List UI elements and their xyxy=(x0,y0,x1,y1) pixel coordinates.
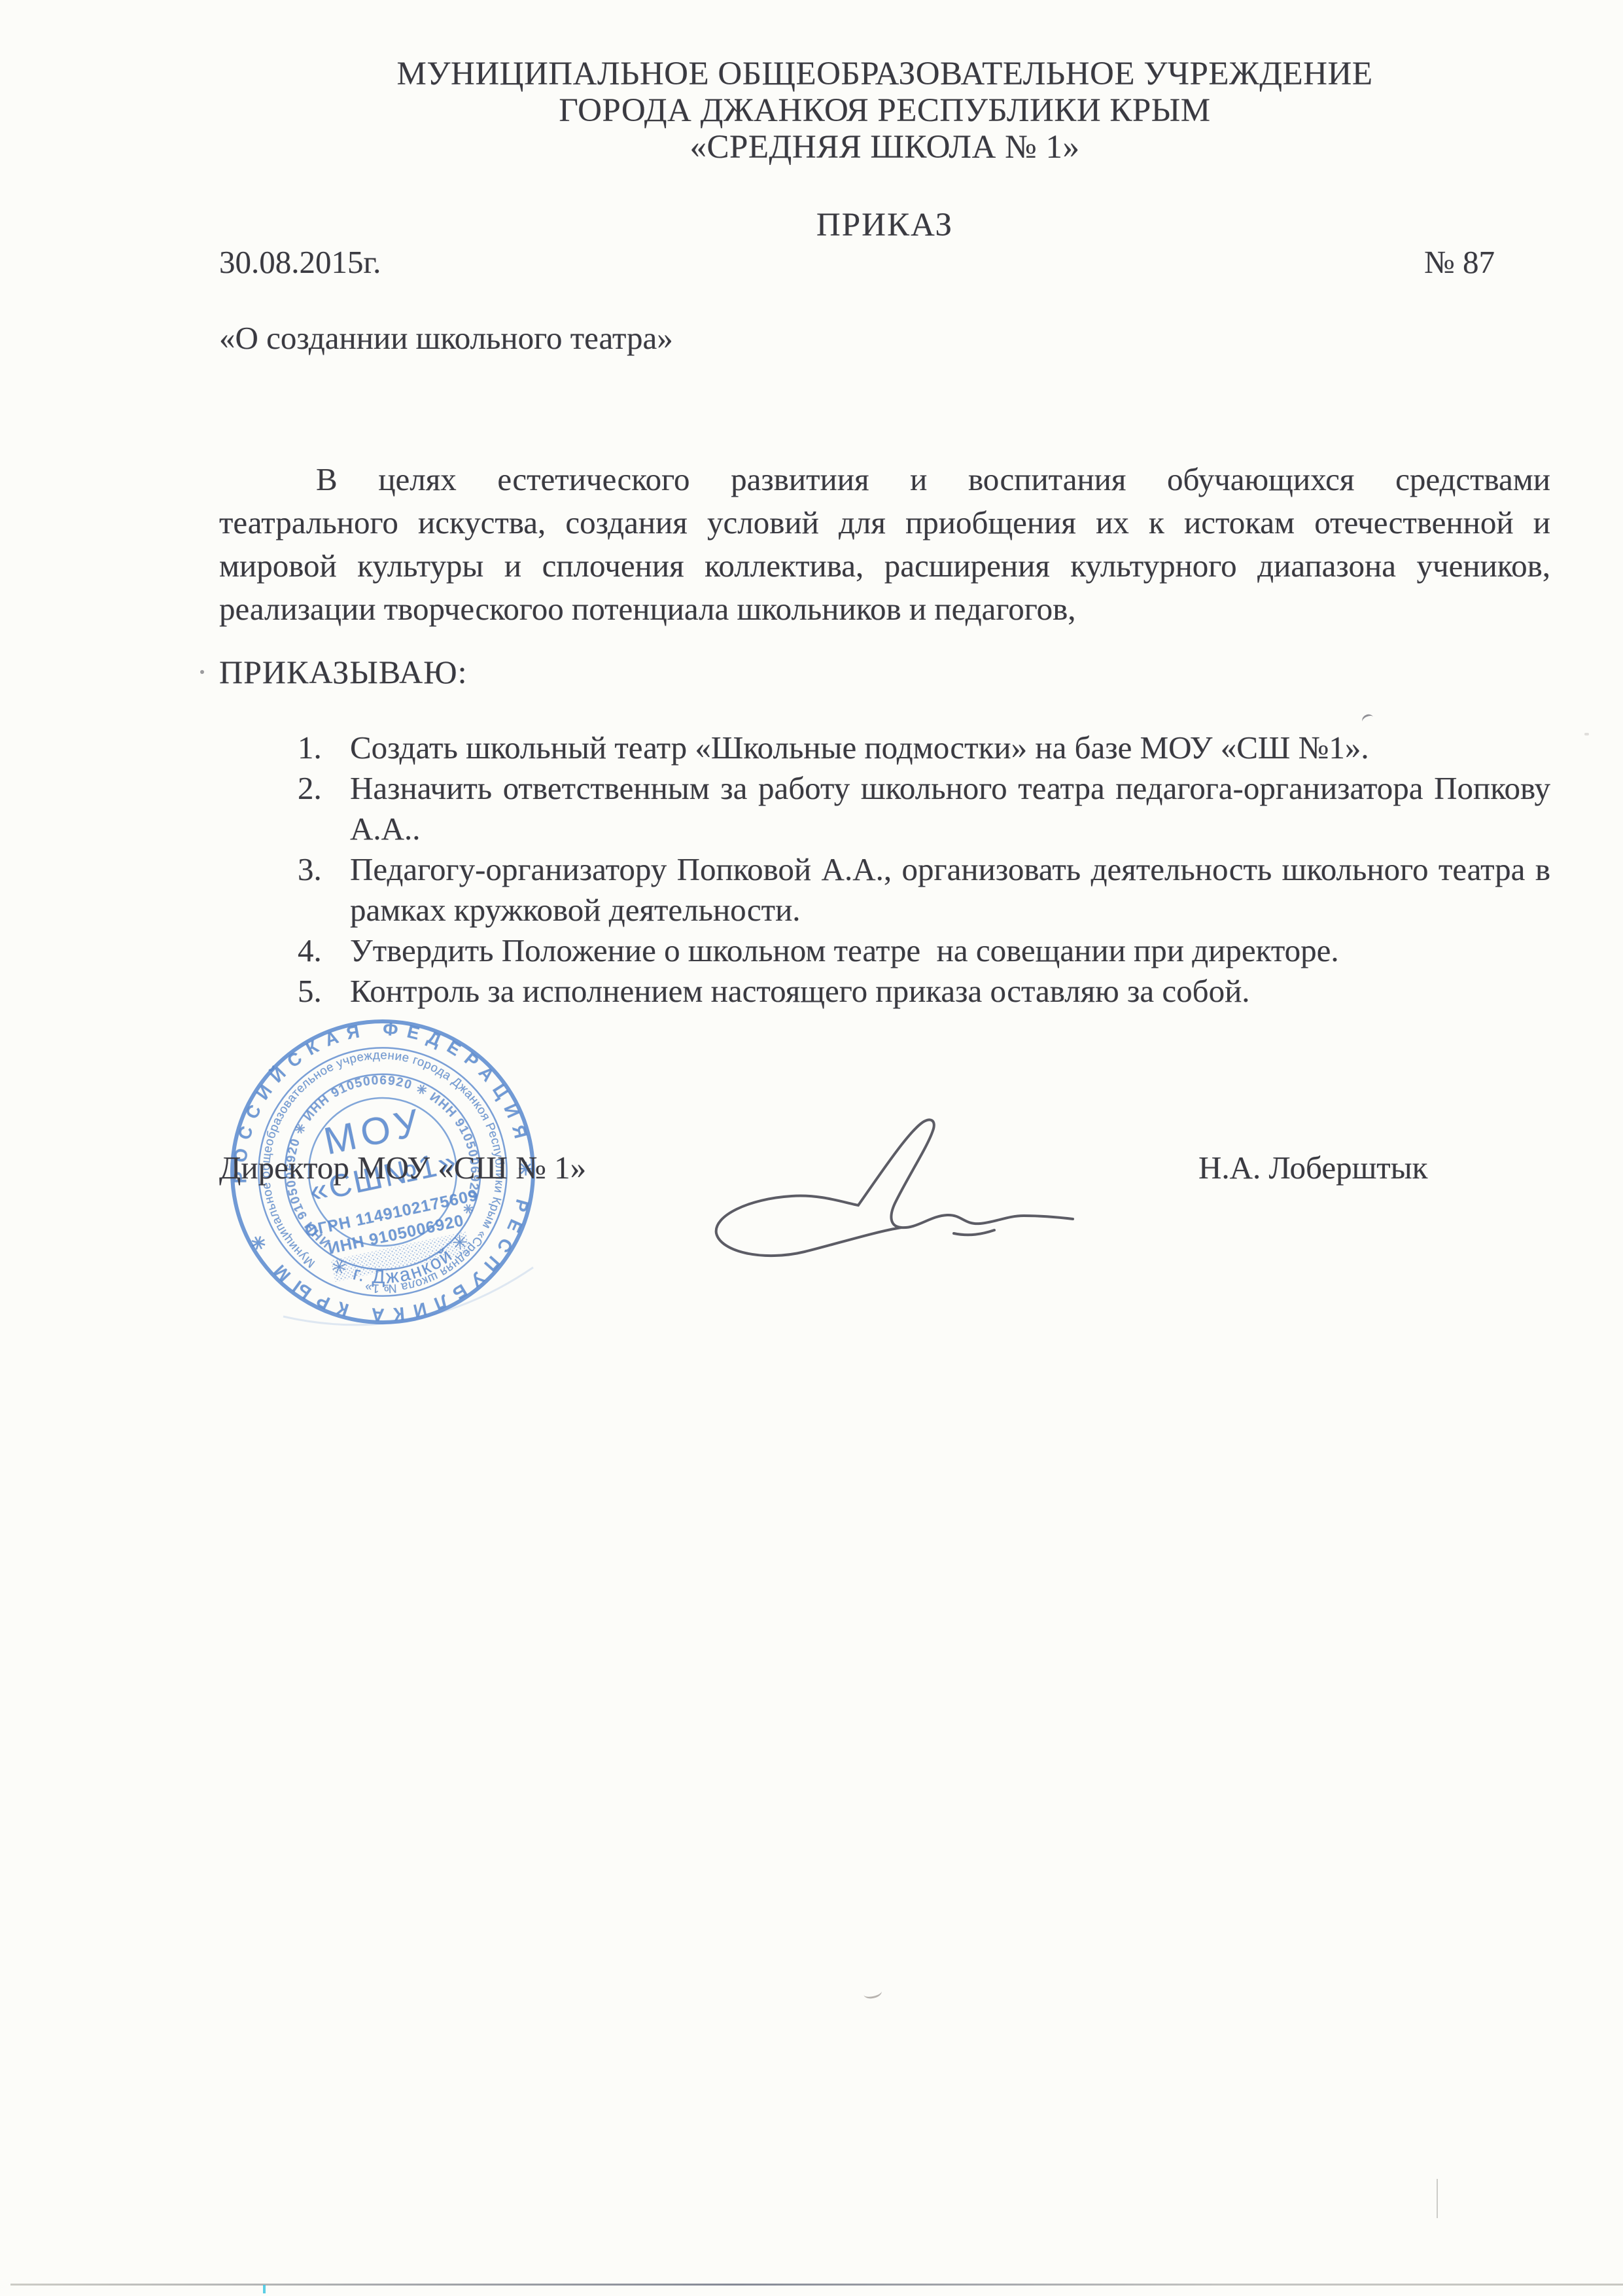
paper-speck xyxy=(1584,733,1589,735)
decree-word: ПРИКАЗЫВАЮ: xyxy=(219,653,467,691)
document-title: ПРИКАЗ xyxy=(219,206,1550,244)
organization-name: МУНИЦИПАЛЬНОЕ ОБЩЕОБРАЗОВАТЕЛЬНОЕ УЧРЕЖД… xyxy=(219,56,1550,166)
order-item-5: Контроль за исполнением настоящего прика… xyxy=(350,971,1550,1012)
order-date: 30.08.2015г. xyxy=(219,243,381,281)
org-name-line-3: «СРЕДНЯЯ ШКОЛА № 1» xyxy=(219,129,1550,166)
order-item-1: Создать школьный театр «Школьные подмост… xyxy=(350,728,1550,768)
scanner-color-tick xyxy=(263,2285,266,2293)
preamble-line: театрального искуства, создания условий … xyxy=(219,501,1550,544)
org-name-line-1: МУНИЦИПАЛЬНОЕ ОБЩЕОБРАЗОВАТЕЛЬНОЕ УЧРЕЖД… xyxy=(219,56,1550,92)
order-item-2: Назначить ответственным за работу школьн… xyxy=(350,768,1550,849)
date-number-row: 30.08.2015г. № 87 xyxy=(219,243,1495,281)
handwritten-signature xyxy=(687,1112,1086,1276)
preamble-line: мировой культуры и сплочения коллектива,… xyxy=(219,544,1550,588)
preamble-line: В целях естетического развитиия и воспит… xyxy=(219,458,1550,501)
stray-pencil-mark xyxy=(863,1986,883,2000)
signer-name: Н.А. Лоберштык xyxy=(1198,1149,1427,1186)
stray-ink-dot xyxy=(200,670,204,674)
order-items-list: Создать школьный театр «Школьные подмост… xyxy=(219,728,1550,1012)
org-name-line-2: ГОРОДА ДЖАНКОЯ РЕСПУБЛИКИ КРЫМ xyxy=(219,92,1550,129)
scanner-hairline xyxy=(1437,2179,1438,2218)
order-subject: «О созданнии школьного театра» xyxy=(219,319,673,357)
order-item-3: Педагогу-организатору Попковой А.А., орг… xyxy=(350,849,1550,930)
order-item-4: Утвердить Положение о школьном театре на… xyxy=(350,930,1550,971)
preamble-line: реализации творческогоо потенциала школь… xyxy=(219,588,1550,631)
signature-stroke xyxy=(716,1120,1073,1256)
preamble: В целях естетического развитиия и воспит… xyxy=(219,458,1550,631)
scanned-order-document: МУНИЦИПАЛЬНОЕ ОБЩЕОБРАЗОВАТЕЛЬНОЕ УЧРЕЖД… xyxy=(0,0,1623,2296)
pen-tick-mark xyxy=(1361,713,1376,726)
order-number: № 87 xyxy=(1424,243,1495,281)
signer-role: Директор МОУ «СШ № 1» xyxy=(219,1149,586,1186)
scanner-edge-line xyxy=(10,2284,1623,2286)
